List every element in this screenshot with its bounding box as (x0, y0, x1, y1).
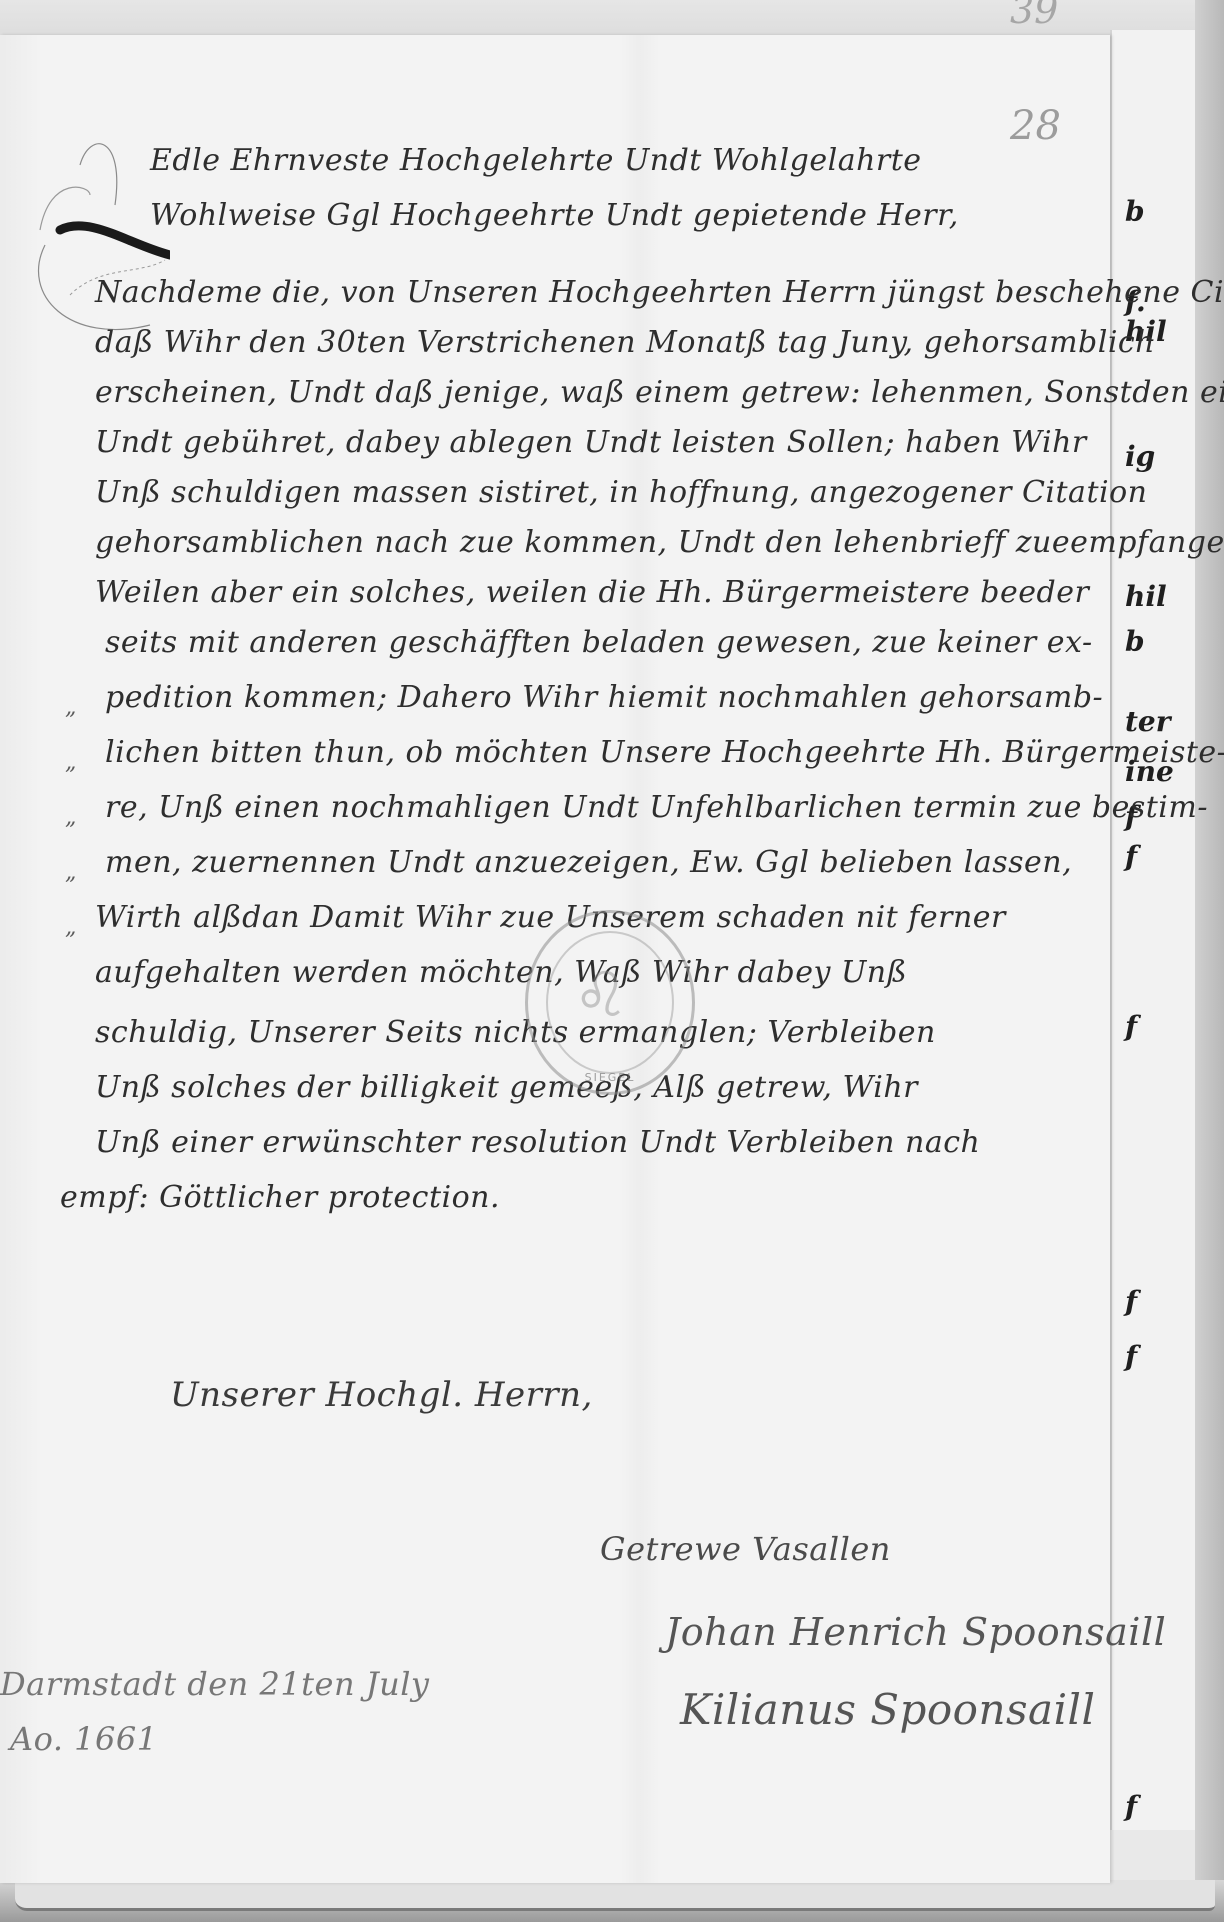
signature-kilianus: Kilianus Spoonsaill (680, 1685, 1095, 1734)
body-line: schuldig, Unserer Seits nichts ermanglen… (95, 1015, 936, 1050)
body-line: lichen bitten thun, ob möchten Unsere Ho… (105, 735, 1224, 770)
body-line: re, Unß einen nochmahligen Undt Unfehlba… (105, 790, 1208, 825)
edge-fragment: f (1125, 1285, 1137, 1318)
date-note-line2: Ao. 1661 (10, 1720, 158, 1758)
body-line: Weilen aber ein solches, weilen die Hh. … (95, 575, 1089, 610)
edge-fragment: f (1125, 840, 1137, 873)
salutation-line: Wohlweise Ggl Hochgeehrte Undt gepietend… (150, 198, 959, 233)
margin-mark: „ (65, 695, 76, 720)
edge-fragment: ter (1125, 705, 1171, 738)
archive-seal-stamp: ♌ SIEGEL (525, 910, 695, 1095)
body-line: Undt gebühret, dabey ablegen Undt leiste… (95, 425, 1087, 460)
body-line: Unß schuldigen massen sistiret, in hoffn… (95, 475, 1147, 510)
seal-text: SIEGEL (528, 1071, 692, 1084)
date-note-line1: Darmstadt den 21ten July (0, 1665, 430, 1703)
body-line: Unß einer erwünschter resolution Undt Ve… (95, 1125, 980, 1160)
margin-mark: „ (65, 805, 76, 830)
prior-folio-number: 39 (1010, 0, 1058, 32)
edge-fragment: ig (1125, 440, 1155, 473)
subscription: Getrewe Vasallen (600, 1530, 891, 1568)
body-line: empf: Göttlicher protection. (60, 1180, 500, 1215)
margin-mark: „ (65, 750, 76, 775)
body-line: Nachdeme die, von Unseren Hochgeehrten H… (95, 275, 1224, 310)
margin-mark: „ (65, 860, 76, 885)
body-line: gehorsamblichen nach zue kommen, Undt de… (95, 525, 1224, 560)
edge-fragment: f (1125, 1340, 1137, 1373)
salutation-line: Edle Ehrnveste Hochgelehrte Undt Wohlgel… (150, 143, 922, 178)
torn-page-edge (15, 1880, 1215, 1911)
edge-fragment: f (1125, 1790, 1137, 1823)
signature-johan: Johan Henrich Spoonsaill (665, 1610, 1166, 1654)
body-line: erscheinen, Undt daß jenige, waß einem g… (95, 375, 1224, 410)
body-line: Unß solches der billigkeit gemeeß, Alß g… (95, 1070, 918, 1105)
manuscript-scan: 39 b f. hil ig hil b ter ine f f f f f f… (0, 0, 1224, 1922)
folio-number: 28 (1010, 103, 1061, 149)
decorative-initial-icon (30, 135, 170, 355)
body-line: pedition kommen; Dahero Wihr hiemit noch… (105, 680, 1103, 715)
body-line: men, zuernennen Undt anzuezeigen, Ew. Gg… (105, 845, 1072, 880)
edge-fragment: b (1125, 625, 1145, 658)
lion-emblem-icon: ♌ (573, 958, 629, 1031)
letter-leaf: 28 Edle Ehrnveste Hochgelehrte Undt Wohl… (0, 35, 1110, 1883)
body-line: Wirth alßdan Damit Wihr zue Unserem scha… (95, 900, 1006, 935)
edge-fragment: hil (1125, 580, 1167, 613)
body-line: daß Wihr den 30ten Verstrichenen Monatß … (95, 325, 1155, 360)
edge-fragment: b (1125, 195, 1145, 228)
edge-fragment: f (1125, 1010, 1137, 1043)
closing-line: Unserer Hochgl. Herrn, (170, 1375, 593, 1415)
body-line: seits mit anderen geschäfften beladen ge… (105, 625, 1093, 660)
margin-mark: „ (65, 915, 76, 940)
body-line: aufgehalten werden möchten, Waß Wihr dab… (95, 955, 907, 990)
